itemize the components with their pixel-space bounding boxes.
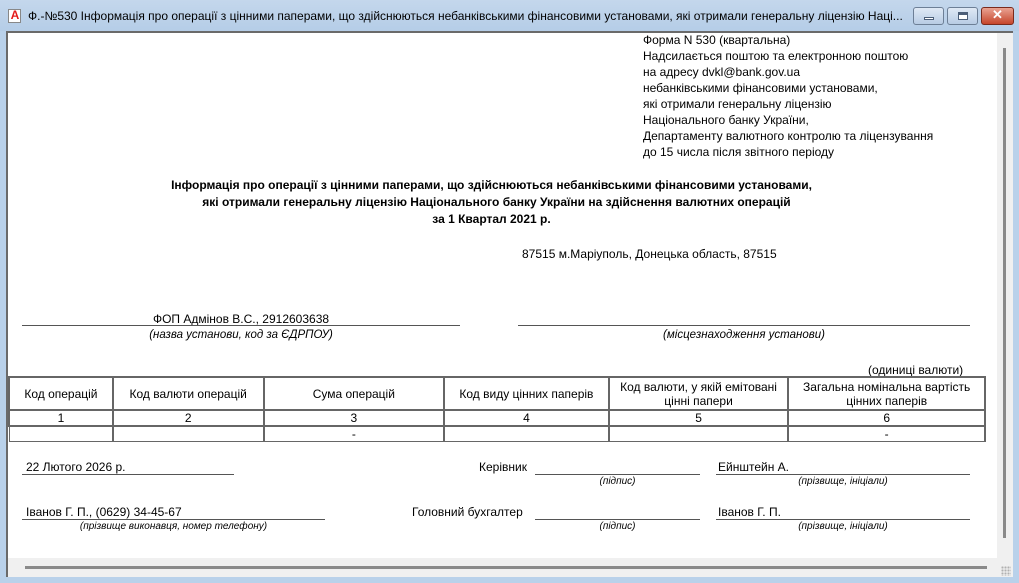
form-header-line: небанківськими фінансовими установами, bbox=[643, 81, 878, 95]
accountant-name: Іванов Г. П. bbox=[718, 505, 781, 519]
form-header-line: Департаменту валютного контролю та ліцен… bbox=[643, 129, 933, 143]
head-name-underline bbox=[716, 474, 970, 475]
securities-operations-table: Код операцій Код валюти операцій Сума оп… bbox=[8, 376, 986, 442]
form-header-line: які отримали генеральну ліцензію bbox=[643, 97, 832, 111]
form-header-line: до 15 числа після звітного періоду bbox=[643, 145, 834, 159]
table-cell bbox=[609, 426, 789, 442]
accountant-signature-caption: (підпис) bbox=[535, 521, 700, 532]
resize-grip[interactable] bbox=[1001, 566, 1011, 576]
table-cell bbox=[9, 426, 113, 442]
column-number: 3 bbox=[264, 410, 445, 426]
executor-info: Іванов Г. П., (0629) 34-45-67 bbox=[26, 505, 182, 519]
head-signature-caption: (підпис) bbox=[535, 476, 700, 487]
report-title-line1: Інформація про операції з цінними папера… bbox=[0, 178, 983, 192]
table-header-cell: Загальна номінальна вартість цінних папе… bbox=[788, 377, 985, 410]
report-title-period: за 1 Квартал 2021 р. bbox=[0, 212, 983, 226]
form-header-line: Форма N 530 (квартальна) bbox=[643, 33, 790, 47]
table-header-cell: Код валюти, у якій емітовані цінні папер… bbox=[609, 377, 789, 410]
table-header-row: Код операцій Код валюти операцій Сума оп… bbox=[9, 377, 985, 410]
accountant-signature-line bbox=[535, 519, 700, 520]
window-title: Ф.-№530 Інформація про операції з цінним… bbox=[28, 9, 908, 23]
column-number: 1 bbox=[9, 410, 113, 426]
form-header-line: на адресу dvkl@bank.gov.ua bbox=[643, 65, 800, 79]
head-name-caption: (прізвище, ініціали) bbox=[716, 476, 970, 487]
table-cell: - bbox=[264, 426, 445, 442]
form-header-line: Національного банку України, bbox=[643, 113, 809, 127]
units-note: (одиниці валюти) bbox=[868, 363, 963, 377]
executor-caption: (прізвище виконавця, номер телефону) bbox=[22, 521, 325, 532]
accountant-label: Головний бухгалтер bbox=[412, 505, 523, 519]
table-cell bbox=[444, 426, 609, 442]
report-date: 22 Лютого 2026 р. bbox=[26, 460, 126, 474]
institution-location: 87515 м.Маріуполь, Донецька область, 875… bbox=[522, 247, 777, 261]
close-icon: ✕ bbox=[982, 7, 1013, 23]
column-number: 4 bbox=[444, 410, 609, 426]
table-cell bbox=[113, 426, 264, 442]
institution-location-caption: (місцезнаходження установи) bbox=[518, 329, 970, 341]
accountant-name-underline bbox=[716, 519, 970, 520]
column-number: 5 bbox=[609, 410, 789, 426]
institution-name: ФОП Адмінов В.С., 2912603638 bbox=[22, 312, 460, 326]
institution-location-underline bbox=[518, 325, 970, 326]
executor-underline bbox=[22, 519, 325, 520]
table-row: - - bbox=[9, 426, 985, 442]
table-header-cell: Код виду цінних паперів bbox=[444, 377, 609, 410]
report-app-icon bbox=[8, 9, 21, 23]
head-signature-line bbox=[535, 474, 700, 475]
title-bar[interactable]: Ф.-№530 Інформація про операції з цінним… bbox=[0, 0, 1019, 31]
horizontal-scrollbar[interactable] bbox=[25, 566, 987, 569]
maximize-button[interactable] bbox=[947, 7, 978, 25]
column-number: 6 bbox=[788, 410, 985, 426]
minimize-button[interactable] bbox=[913, 7, 944, 25]
report-title-line2: які отримали генеральну ліцензію Націона… bbox=[0, 195, 993, 209]
report-date-underline bbox=[22, 474, 234, 475]
close-button[interactable]: ✕ bbox=[981, 7, 1014, 25]
accountant-name-caption: (прізвище, ініціали) bbox=[716, 521, 970, 532]
vertical-scrollbar[interactable] bbox=[1003, 48, 1006, 538]
table-header-cell: Сума операцій bbox=[264, 377, 445, 410]
table-number-row: 1 2 3 4 5 6 bbox=[9, 410, 985, 426]
table-header-cell: Код валюти операцій bbox=[113, 377, 264, 410]
table-header-cell: Код операцій bbox=[9, 377, 113, 410]
institution-name-underline bbox=[22, 325, 460, 326]
head-name: Ейнштейн А. bbox=[718, 460, 789, 474]
institution-name-caption: (назва установи, код за ЄДРПОУ) bbox=[22, 329, 460, 341]
head-label: Керівник bbox=[479, 460, 527, 474]
form-header-line: Надсилається поштою та електронною пошто… bbox=[643, 49, 908, 63]
table-cell: - bbox=[788, 426, 985, 442]
column-number: 2 bbox=[113, 410, 264, 426]
